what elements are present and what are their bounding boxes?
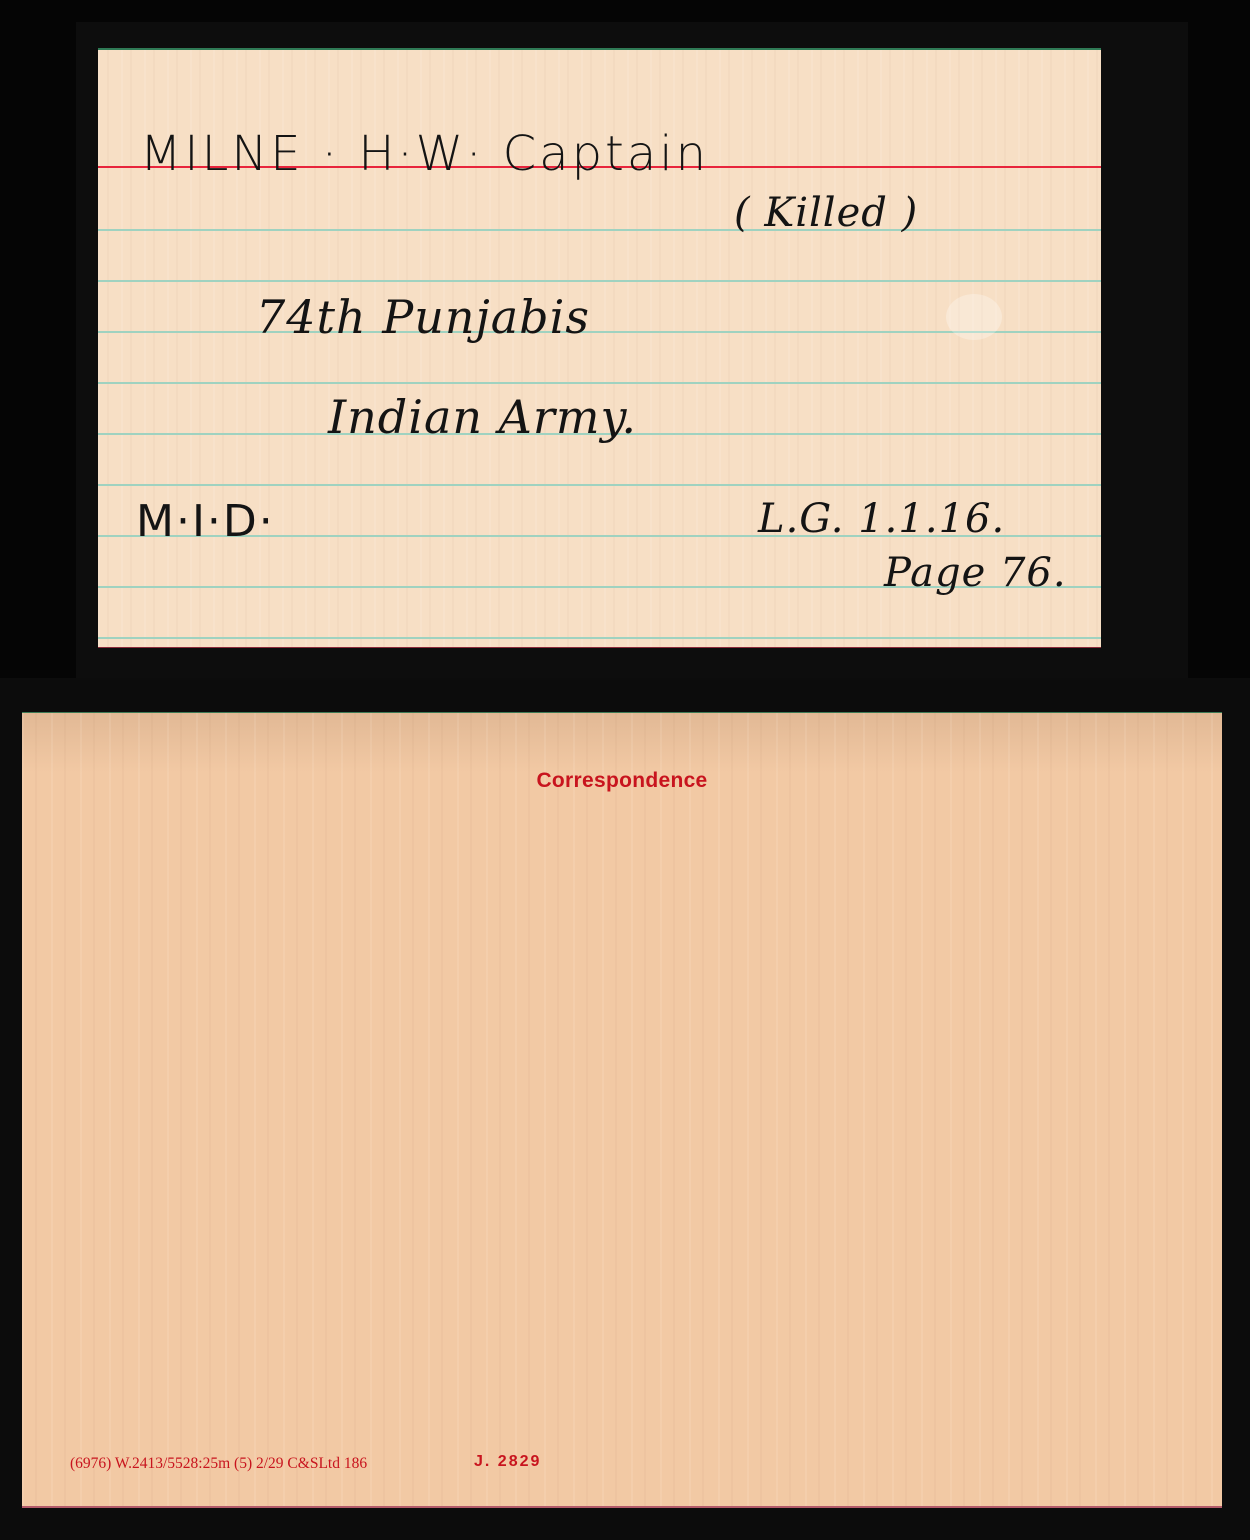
- index-card-back: Correspondence (6976) W.2413/5528:25m (5…: [22, 712, 1222, 1508]
- index-card-front: MILNE · H·W· Captain ( Killed ) 74th Pun…: [98, 48, 1101, 648]
- gazette-reference: L.G. 1.1.16.: [758, 496, 1005, 542]
- soldier-name: MILNE · H·W· Captain: [140, 126, 709, 182]
- regiment: 74th Punjabis: [256, 290, 590, 344]
- printer-imprint: (6976) W.2413/5528:25m (5) 2/29 C&SLtd 1…: [70, 1455, 367, 1473]
- army: Indian Army.: [328, 390, 637, 444]
- correspondence-heading: Correspondence: [22, 769, 1222, 793]
- ruled-line: [98, 331, 1101, 333]
- ruled-line: [98, 229, 1101, 231]
- ruled-line: [98, 484, 1101, 486]
- ruled-line: [98, 280, 1101, 282]
- award: M·I·D·: [136, 496, 275, 547]
- form-code: J. 2829: [474, 1453, 541, 1471]
- paper-stain: [946, 294, 1002, 340]
- ruled-line: [98, 382, 1101, 384]
- ruled-line: [98, 637, 1101, 639]
- page-reference: Page 76.: [884, 550, 1067, 596]
- casualty-status: ( Killed ): [734, 190, 918, 236]
